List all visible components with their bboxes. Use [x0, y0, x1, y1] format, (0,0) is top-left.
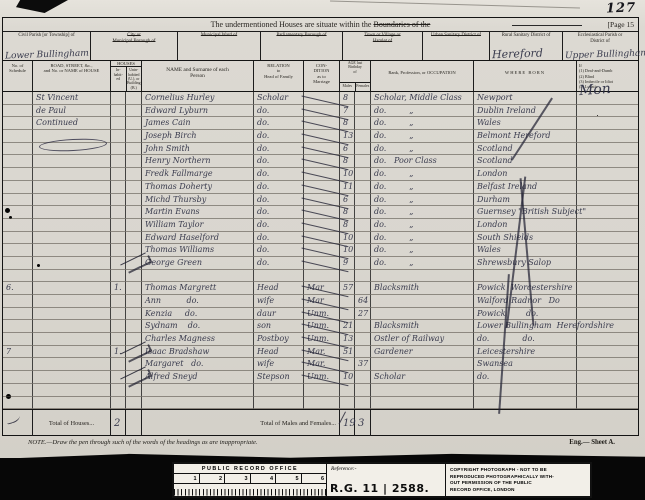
cell-occupation: do. „ [371, 105, 474, 118]
cell-condition: Unm. [304, 308, 340, 321]
cell-born: Walford Radnor Do [474, 295, 577, 308]
cell-age_f [355, 181, 371, 194]
cell-age_f [355, 117, 371, 130]
cell-uninh [126, 384, 142, 397]
cell-relation: wife [254, 358, 304, 371]
cell-uninh [126, 295, 142, 308]
cell-age_f [355, 155, 371, 168]
district-cell-value: Lower Bullingham [5, 49, 90, 62]
cell-name [142, 397, 254, 410]
cell-relation: do. [254, 130, 304, 143]
cell-condition [304, 194, 340, 207]
cell-inh: 1. [111, 346, 126, 359]
cell-born: Belmont Hereford [474, 130, 577, 143]
total-males-females-label: Total of Males and Females... [142, 410, 340, 436]
cell-age_m: 57 [340, 282, 355, 295]
cell-disability [577, 333, 638, 346]
cell-born: Scotland [474, 143, 577, 156]
cell-disability [577, 143, 638, 156]
cell-occupation: Gardener [371, 346, 474, 359]
cell-uninh [126, 320, 142, 333]
cell-occupation: Scholar, Middle Class [371, 92, 474, 105]
total-females-value: 3 [355, 410, 371, 436]
form-title-row: The undermentioned Houses are situate wi… [3, 18, 638, 32]
cell-schedule [3, 232, 33, 245]
cell-age_m: 8 [340, 206, 355, 219]
cell-occupation: do. „ [371, 232, 474, 245]
col-header-houses-group: HOUSES In- habit- ed Unin- habited (U.),… [111, 61, 142, 91]
col-header-condition: CON- DITION as to Marriage [304, 61, 340, 91]
form-title-text: The undermentioned Houses are situate wi… [211, 20, 431, 29]
cell-born: Scotland [474, 155, 577, 168]
cell-uninh [126, 371, 142, 384]
cell-relation: Head [254, 282, 304, 295]
sheet-label: Eng.— Sheet A. [569, 439, 615, 446]
cell-occupation: do. „ [371, 219, 474, 232]
table-row: Fredk Fallmargedo.10do. „London [3, 168, 638, 181]
cell-relation: Postboy [254, 333, 304, 346]
district-cell-label: Ecclesiastical Parish or District of [563, 33, 637, 44]
table-row: de PaulEdward Lyburndo.7do. „Dublin Irel… [3, 105, 638, 118]
cell-occupation: do. „ [371, 181, 474, 194]
district-cell: Rural Sanitary District ofHereford [490, 32, 563, 60]
cell-schedule [3, 105, 33, 118]
stamp-ruler-number: 3 [225, 474, 251, 483]
cell-inh [111, 206, 126, 219]
cell-age_f: 27 [355, 308, 371, 321]
struck-title-words: Boundaries of the [373, 20, 430, 29]
cell-schedule [3, 117, 33, 130]
district-cell: Civil Parish [or Township] ofLower Bulli… [3, 32, 91, 60]
cell-name: Edward Haselford [142, 232, 254, 245]
cell-disability [577, 92, 638, 105]
cell-schedule [3, 358, 33, 371]
cell-born: London [474, 168, 577, 181]
cell-occupation [371, 397, 474, 410]
table-row: Henry Northerndo.8do. Poor ClassScotland [3, 155, 638, 168]
cell-name: Thomas Williams [142, 244, 254, 257]
cell-relation [254, 384, 304, 397]
cell-schedule [3, 181, 33, 194]
col-header-occupation: Rank, Profession, or OCCUPATION [371, 61, 474, 91]
cell-age_m: 8 [340, 155, 355, 168]
cell-age_f [355, 282, 371, 295]
cell-name: William Taylor [142, 219, 254, 232]
cell-inh [111, 232, 126, 245]
cell-inh [111, 257, 126, 270]
cell-road: St Vincent [33, 92, 111, 105]
district-cell-value: Upper Bullingham [565, 49, 637, 62]
stamp-reference-value: R.G. 11 | 2588. [330, 482, 429, 495]
table-row: William Taylordo.8do. „London [3, 219, 638, 232]
cell-occupation: do. „ [371, 206, 474, 219]
district-cell: City or Municipal Borough of [91, 32, 178, 60]
cell-occupation: Blacksmith [371, 282, 474, 295]
cell-relation: Stepson [254, 371, 304, 384]
cell-age_f [355, 143, 371, 156]
cell-age_f [355, 168, 371, 181]
table-row: 6.1.Thomas MargrettHeadMar57BlacksmithPo… [3, 282, 638, 295]
cell-disability [577, 397, 638, 410]
cell-occupation [371, 270, 474, 283]
cell-age_f [355, 257, 371, 270]
cell-condition [304, 143, 340, 156]
table-row [3, 270, 638, 283]
cell-name: Thomas Doherty [142, 181, 254, 194]
cell-uninh [126, 270, 142, 283]
cell-occupation: do. „ [371, 194, 474, 207]
cell-born: Belfast Ireland [474, 181, 577, 194]
cell-name: Charles Magness [142, 333, 254, 346]
cell-condition [304, 384, 340, 397]
cell-uninh [126, 282, 142, 295]
cell-relation: do. [254, 155, 304, 168]
table-row: George Greendo.9do. „Shrewsbury Salop [3, 257, 638, 270]
cell-schedule [3, 206, 33, 219]
cell-road [33, 384, 111, 397]
cell-name: Henry Northern [142, 155, 254, 168]
table-row [3, 397, 638, 410]
cell-relation: do. [254, 194, 304, 207]
table-row: Thomas Williamsdo.10do. „Wales [3, 244, 638, 257]
cell-uninh [126, 358, 142, 371]
cell-uninh [126, 333, 142, 346]
cell-relation: son [254, 320, 304, 333]
paper-background: 127 The undermentioned Houses are situat… [0, 0, 645, 458]
cell-occupation: do. „ [371, 117, 474, 130]
cell-occupation: do. „ [371, 143, 474, 156]
stamp-copyright-line: REPRODUCED PHOTOGRAPHICALLY WITH- [450, 474, 588, 481]
cell-road [33, 155, 111, 168]
district-cell-value: Hereford [492, 46, 562, 61]
cell-inh [111, 117, 126, 130]
table-row: Kenzia do.daurUnm.27Powick do. [3, 308, 638, 321]
cell-age_m [340, 295, 355, 308]
cell-uninh [126, 346, 142, 359]
cell-disability [577, 206, 638, 219]
cell-age_m: 51 [340, 346, 355, 359]
cell-age_f [355, 244, 371, 257]
cell-age_m: 10 [340, 232, 355, 245]
cell-born: London [474, 219, 577, 232]
cell-uninh [126, 155, 142, 168]
col-header-inhabited: In- habit- ed [111, 67, 127, 91]
cell-name: Alfred Sneyd [142, 371, 254, 384]
cell-born: Powick do. [474, 308, 577, 321]
cell-age_m: 13 [340, 130, 355, 143]
cell-occupation: Blacksmith [371, 320, 474, 333]
cell-age_m: 10 [340, 168, 355, 181]
cell-relation: do. [254, 181, 304, 194]
cell-road [33, 181, 111, 194]
cell-age_m: 8 [340, 92, 355, 105]
district-header-band: Civil Parish [or Township] ofLower Bulli… [3, 32, 638, 61]
cell-age_f [355, 130, 371, 143]
stamp-ruler-numbers: 123456 [174, 474, 326, 484]
cell-age_m [340, 384, 355, 397]
cell-condition [304, 155, 340, 168]
cell-schedule: 6. [3, 282, 33, 295]
table-row [3, 384, 638, 397]
cell-schedule [3, 333, 33, 346]
cell-road [33, 282, 111, 295]
cell-disability [577, 105, 638, 118]
cell-schedule [3, 194, 33, 207]
cell-born [474, 270, 577, 283]
cell-road [33, 346, 111, 359]
cell-schedule: 7 [3, 346, 33, 359]
cell-uninh [126, 397, 142, 410]
cell-condition [304, 244, 340, 257]
cell-condition [304, 397, 340, 410]
cell-born: Powick Worcestershire [474, 282, 577, 295]
cell-inh: 1. [111, 282, 126, 295]
stamp-ruler-section: PUBLIC RECORD OFFICE 123456 [174, 464, 327, 496]
cell-occupation: do. „ [371, 168, 474, 181]
cell-age_f [355, 320, 371, 333]
cell-disability [577, 219, 638, 232]
cell-relation: do. [254, 244, 304, 257]
cell-inh [111, 295, 126, 308]
cell-occupation [371, 308, 474, 321]
district-cell-label: Urban Sanitary District of [423, 33, 489, 39]
cell-road [33, 232, 111, 245]
col-header-disability: If (1) Deaf-and-Dumb (2) Blind (3) Imbec… [577, 61, 638, 91]
table-row: Margaret do.wifeMar.37Swansea [3, 358, 638, 371]
cell-age_f [355, 397, 371, 410]
cell-condition [304, 232, 340, 245]
stamp-ruler-number: 1 [174, 474, 200, 483]
cell-born: Shrewsbury Salop [474, 257, 577, 270]
cell-uninh [126, 206, 142, 219]
col-header-name: NAME and Surname of each Person [142, 61, 254, 91]
cell-condition [304, 117, 340, 130]
total-houses-value: 2 [111, 410, 126, 436]
cell-inh [111, 155, 126, 168]
cell-name: John Smith [142, 143, 254, 156]
cell-uninh [126, 194, 142, 207]
table-row: Edward Haselforddo.10do. „South Shields [3, 232, 638, 245]
cell-disability [577, 244, 638, 257]
cell-occupation: do. Poor Class [371, 155, 474, 168]
cell-disability [577, 155, 638, 168]
cell-relation: do. [254, 206, 304, 219]
stamp-copyright-line: OUT PERMISSION OF THE PUBLIC [450, 480, 588, 487]
col-header-males: Males [340, 83, 356, 91]
cell-occupation [371, 295, 474, 308]
cell-condition [304, 168, 340, 181]
cell-name: Sydnam do. [142, 320, 254, 333]
district-cell-label: Civil Parish [or Township] of [3, 33, 90, 39]
cell-disability [577, 130, 638, 143]
cell-name: Michd Thursby [142, 194, 254, 207]
cell-disability [577, 282, 638, 295]
cell-born: do. do. [474, 333, 577, 346]
cell-uninh [126, 257, 142, 270]
cell-born: do. [474, 371, 577, 384]
col-header-age: AGE last Birthday of [340, 61, 370, 82]
cell-born: Lower Bullingham Herefordshire [474, 320, 577, 333]
table-row: Alfred SneydStepsonUnm.10Scholardo. [3, 371, 638, 384]
cell-road [33, 130, 111, 143]
cell-road [33, 333, 111, 346]
census-form: The undermentioned Houses are situate wi… [2, 17, 639, 436]
cell-road [33, 168, 111, 181]
cell-age_f [355, 194, 371, 207]
cell-condition: Mar. [304, 358, 340, 371]
col-header-age-group: AGE last Birthday of Males Females [340, 61, 371, 91]
totals-trailing-cell [371, 410, 638, 436]
cell-age_f [355, 219, 371, 232]
cell-condition [304, 206, 340, 219]
cell-inh [111, 270, 126, 283]
cell-inh [111, 168, 126, 181]
public-record-office-stamp: PUBLIC RECORD OFFICE 123456 Reference:- … [172, 462, 592, 498]
stamp-office-title: PUBLIC RECORD OFFICE [174, 464, 326, 474]
district-cell-label: Rural Sanitary District of [490, 33, 562, 39]
cell-name: Kenzia do. [142, 308, 254, 321]
cell-occupation: do. „ [371, 130, 474, 143]
cell-relation: Scholar [254, 92, 304, 105]
district-cell: Parliamentary Borough of [261, 32, 343, 60]
cell-name: Edward Lyburn [142, 105, 254, 118]
handwritten-page-number: 127 [606, 0, 637, 16]
cell-disability [577, 181, 638, 194]
cell-inh [111, 358, 126, 371]
cell-condition [304, 257, 340, 270]
cell-schedule [3, 257, 33, 270]
table-row: Ann do.wifeMar64Walford Radnor Do [3, 295, 638, 308]
cell-schedule [3, 308, 33, 321]
stamp-ruler-ticks [174, 484, 326, 496]
cell-schedule [3, 130, 33, 143]
cell-age_f [355, 371, 371, 384]
cell-age_f [355, 92, 371, 105]
district-cell: Town or Village or Hamlet of [343, 32, 423, 60]
cell-occupation: do. „ [371, 244, 474, 257]
cell-uninh [126, 232, 142, 245]
cell-road [33, 143, 111, 156]
cell-name: Ann do. [142, 295, 254, 308]
cell-condition [304, 181, 340, 194]
cell-schedule [3, 270, 33, 283]
cell-condition [304, 130, 340, 143]
cell-age_m: 8 [340, 117, 355, 130]
col-header-females: Females [356, 83, 371, 91]
cell-uninh [126, 130, 142, 143]
cell-relation: do. [254, 168, 304, 181]
table-row: Charles MagnessPostboyUnm.13Ostler of Ra… [3, 333, 638, 346]
table-row: Joseph Birchdo.13do. „Belmont Hereford [3, 130, 638, 143]
district-cell-label: Municipal Ward of [178, 33, 260, 39]
cell-road [33, 194, 111, 207]
cell-condition: Mar [304, 282, 340, 295]
cell-age_m [340, 397, 355, 410]
cell-age_m: 10 [340, 371, 355, 384]
cell-age_m [340, 358, 355, 371]
cell-schedule [3, 371, 33, 384]
cell-schedule [3, 155, 33, 168]
fold-line [330, 1, 580, 9]
cell-born: Guernsey "British Subject" [474, 206, 577, 219]
cell-schedule [3, 168, 33, 181]
cell-relation: do. [254, 257, 304, 270]
page-label: [Page 15 [608, 20, 634, 29]
cell-schedule [3, 397, 33, 410]
cell-relation: do. [254, 219, 304, 232]
cell-born: Wales [474, 244, 577, 257]
cell-occupation [371, 384, 474, 397]
cell-disability [577, 346, 638, 359]
cell-age_m: 8 [340, 219, 355, 232]
cell-name: James Cain [142, 117, 254, 130]
cell-uninh [126, 168, 142, 181]
cell-road [33, 397, 111, 410]
cell-schedule [3, 384, 33, 397]
cell-road: de Paul [33, 105, 111, 118]
totals-pen-mark [3, 410, 33, 436]
cell-relation [254, 397, 304, 410]
cell-name: Martin Evans [142, 206, 254, 219]
cell-road [33, 320, 111, 333]
cell-disability [577, 194, 638, 207]
cell-road [33, 257, 111, 270]
cell-age_f [355, 206, 371, 219]
cell-born: Swansea [474, 358, 577, 371]
stamp-copyright-section: COPYRIGHT PHOTOGRAPH - NOT TO BEREPRODUC… [446, 464, 590, 496]
stamp-ruler-number: 4 [251, 474, 277, 483]
cell-relation: do. [254, 143, 304, 156]
footer-note: NOTE.—Draw the pen through such of the w… [28, 439, 258, 446]
total-males-value: 19 [340, 410, 355, 436]
district-cell-label: City or Municipal Borough of [91, 33, 177, 44]
cell-road [33, 270, 111, 283]
cell-schedule [3, 219, 33, 232]
cell-age_f [355, 105, 371, 118]
cell-age_m [340, 270, 355, 283]
total-houses-label: Total of Houses... [33, 410, 111, 436]
cell-inh [111, 320, 126, 333]
cell-age_f [355, 333, 371, 346]
cell-condition: Unm. [304, 333, 340, 346]
cell-name: George Green [142, 257, 254, 270]
cell-disability [577, 358, 638, 371]
cell-age_m: 6 [340, 194, 355, 207]
cell-disability [577, 308, 638, 321]
cell-name [142, 270, 254, 283]
cell-age_m: 21 [340, 320, 355, 333]
cell-disability [577, 384, 638, 397]
district-cell: Ecclesiastical Parish or District ofUppe… [563, 32, 637, 60]
district-cell-label: Parliamentary Borough of [261, 33, 342, 39]
stamp-ruler-number: 6 [302, 474, 327, 483]
cell-inh [111, 333, 126, 346]
cell-age_m: 10 [340, 244, 355, 257]
cell-name: Cornelius Hurley [142, 92, 254, 105]
stamp-reference-section: Reference:- R.G. 11 | 2588. [327, 464, 446, 496]
cell-disability [577, 257, 638, 270]
cell-age_m: 11 [340, 181, 355, 194]
stamp-ruler-number: 2 [200, 474, 226, 483]
cell-disability [577, 371, 638, 384]
cell-condition [304, 270, 340, 283]
cell-occupation: Ostler of Railway [371, 333, 474, 346]
census-table-body: St VincentCornelius HurleyScholar8Schola… [3, 92, 638, 409]
table-row: St VincentCornelius HurleyScholar8Schola… [3, 92, 638, 105]
stamp-ruler-number: 5 [276, 474, 302, 483]
cell-age_f [355, 270, 371, 283]
cell-name: Fredk Fallmarge [142, 168, 254, 181]
